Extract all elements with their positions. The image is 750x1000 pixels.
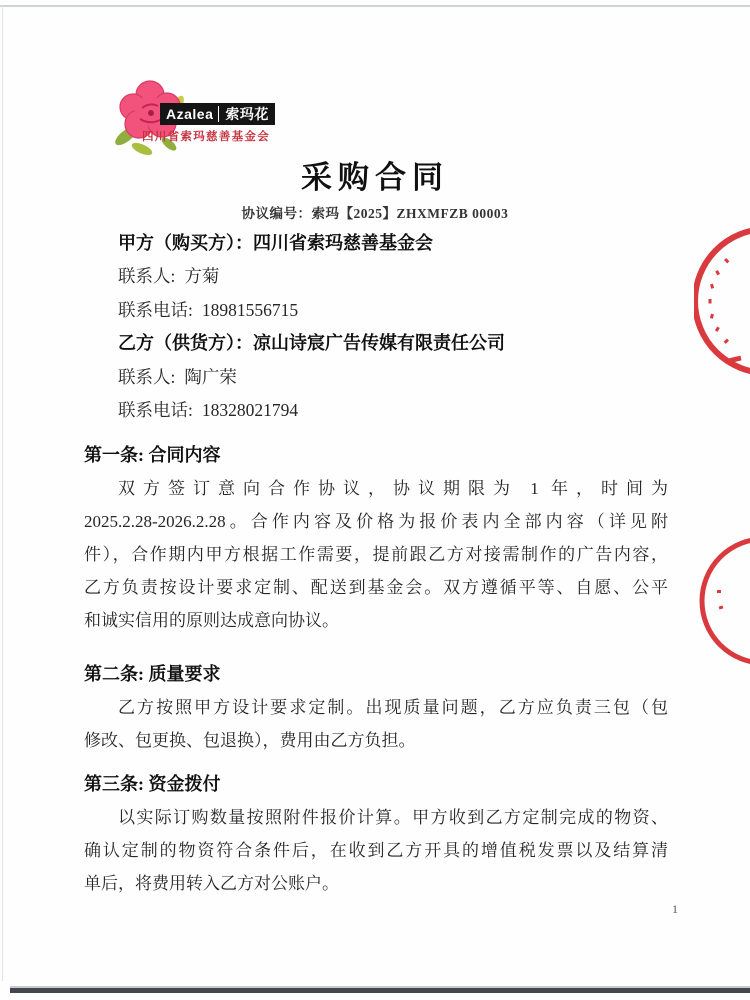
org-logo: Azalea索玛花 四川省索玛慈善基金会 — [112, 78, 287, 160]
party-b-contact-name: 陶广荣 — [184, 367, 237, 387]
party-a-name: 四川省索玛慈善基金会 — [253, 233, 433, 253]
article-1-line-3: 件），合作期内甲方根据工作需要，提前跟乙方对接需制作的广告内容， — [84, 538, 668, 571]
party-b-role: 乙方（供货方）： — [118, 333, 253, 353]
article-1-line-1: 双方签订意向合作协议，协议期限为 1 年，时间为 — [84, 472, 668, 505]
article-1-line-4: 乙方负责按设计要求定制、配送到基金会。双方遵循平等、自愿、公平 — [84, 571, 668, 604]
party-a-contact-name: 方菊 — [184, 266, 219, 286]
article-2-heading: 第二条: 质量要求 — [84, 657, 668, 691]
party-a-line: 甲方（购买方）：四川省索玛慈善基金会 — [118, 227, 505, 260]
party-b-contact-label: 联系人: — [118, 367, 175, 387]
articles-block: 第一条: 合同内容 双方签订意向合作协议，协议期限为 1 年，时间为 2025.… — [84, 438, 668, 900]
party-b-phone-label: 联系电话: — [118, 400, 193, 420]
parties-block: 甲方（购买方）：四川省索玛慈善基金会 联系人:方菊 联系电话:189815567… — [118, 227, 505, 427]
party-a-contact-line: 联系人:方菊 — [118, 260, 505, 293]
party-a-contact-label: 联系人: — [118, 266, 175, 286]
article-3-line-1: 以实际订购数量按照附件报价计算。甲方收到乙方定制完成的物资、 — [84, 801, 668, 834]
party-a-role: 甲方（购买方）： — [118, 233, 253, 253]
party-b-line: 乙方（供货方）：凉山诗宸广告传媒有限责任公司 — [118, 327, 505, 360]
scan-edge-top — [0, 5, 750, 7]
article-3-heading: 第三条: 资金拨付 — [84, 767, 668, 801]
official-seal-top-icon — [694, 226, 750, 376]
party-a-phone-label: 联系电话: — [118, 300, 193, 320]
contract-title: 采购合同 — [0, 152, 750, 197]
article-1-line-5: 和诚实信用的原则达成意向协议。 — [84, 604, 668, 637]
party-b-contact-line: 联系人:陶广荣 — [118, 361, 505, 394]
logo-badge: Azalea索玛花 — [160, 103, 275, 125]
contract-page: Azalea索玛花 四川省索玛慈善基金会 采购合同 协议编号：索玛【2025】Z… — [0, 0, 750, 1000]
official-seal-bottom-icon — [698, 538, 750, 668]
agreement-number: 协议编号：索玛【2025】ZHXMFZB 00003 — [0, 202, 750, 222]
logo-brand-cn: 索玛花 — [218, 106, 269, 122]
party-a-phone-line: 联系电话:18981556715 — [118, 294, 505, 327]
logo-org-name: 四川省索玛慈善基金会 — [142, 128, 270, 144]
agreement-number-value: 索玛【2025】ZHXMFZB 00003 — [312, 206, 509, 221]
article-1-heading: 第一条: 合同内容 — [84, 438, 668, 472]
article-2-line-1: 乙方按照甲方设计要求定制。出现质量问题，乙方应负责三包（包 — [84, 691, 668, 724]
page-number: 1 — [672, 902, 678, 917]
article-3-line-3: 单后，将费用转入乙方对公账户。 — [84, 867, 668, 900]
party-b-phone-line: 联系电话:18328021794 — [118, 394, 505, 427]
article-3-line-2: 确认定制的物资符合条件后，在收到乙方开具的增值税发票以及结算清 — [84, 834, 668, 867]
article-2-line-2: 修改、包更换、包退换），费用由乙方负担。 — [84, 724, 668, 757]
article-1-line-2: 2025.2.28-2026.2.28。合作内容及价格为报价表内全部内容（详见附 — [84, 505, 668, 538]
scan-edge-shadow — [10, 988, 750, 993]
party-b-phone: 18328021794 — [202, 400, 298, 420]
party-a-phone: 18981556715 — [202, 300, 298, 320]
agreement-number-label: 协议编号： — [242, 206, 312, 221]
logo-brand-en: Azalea — [166, 106, 213, 122]
party-b-name: 凉山诗宸广告传媒有限责任公司 — [253, 333, 505, 353]
